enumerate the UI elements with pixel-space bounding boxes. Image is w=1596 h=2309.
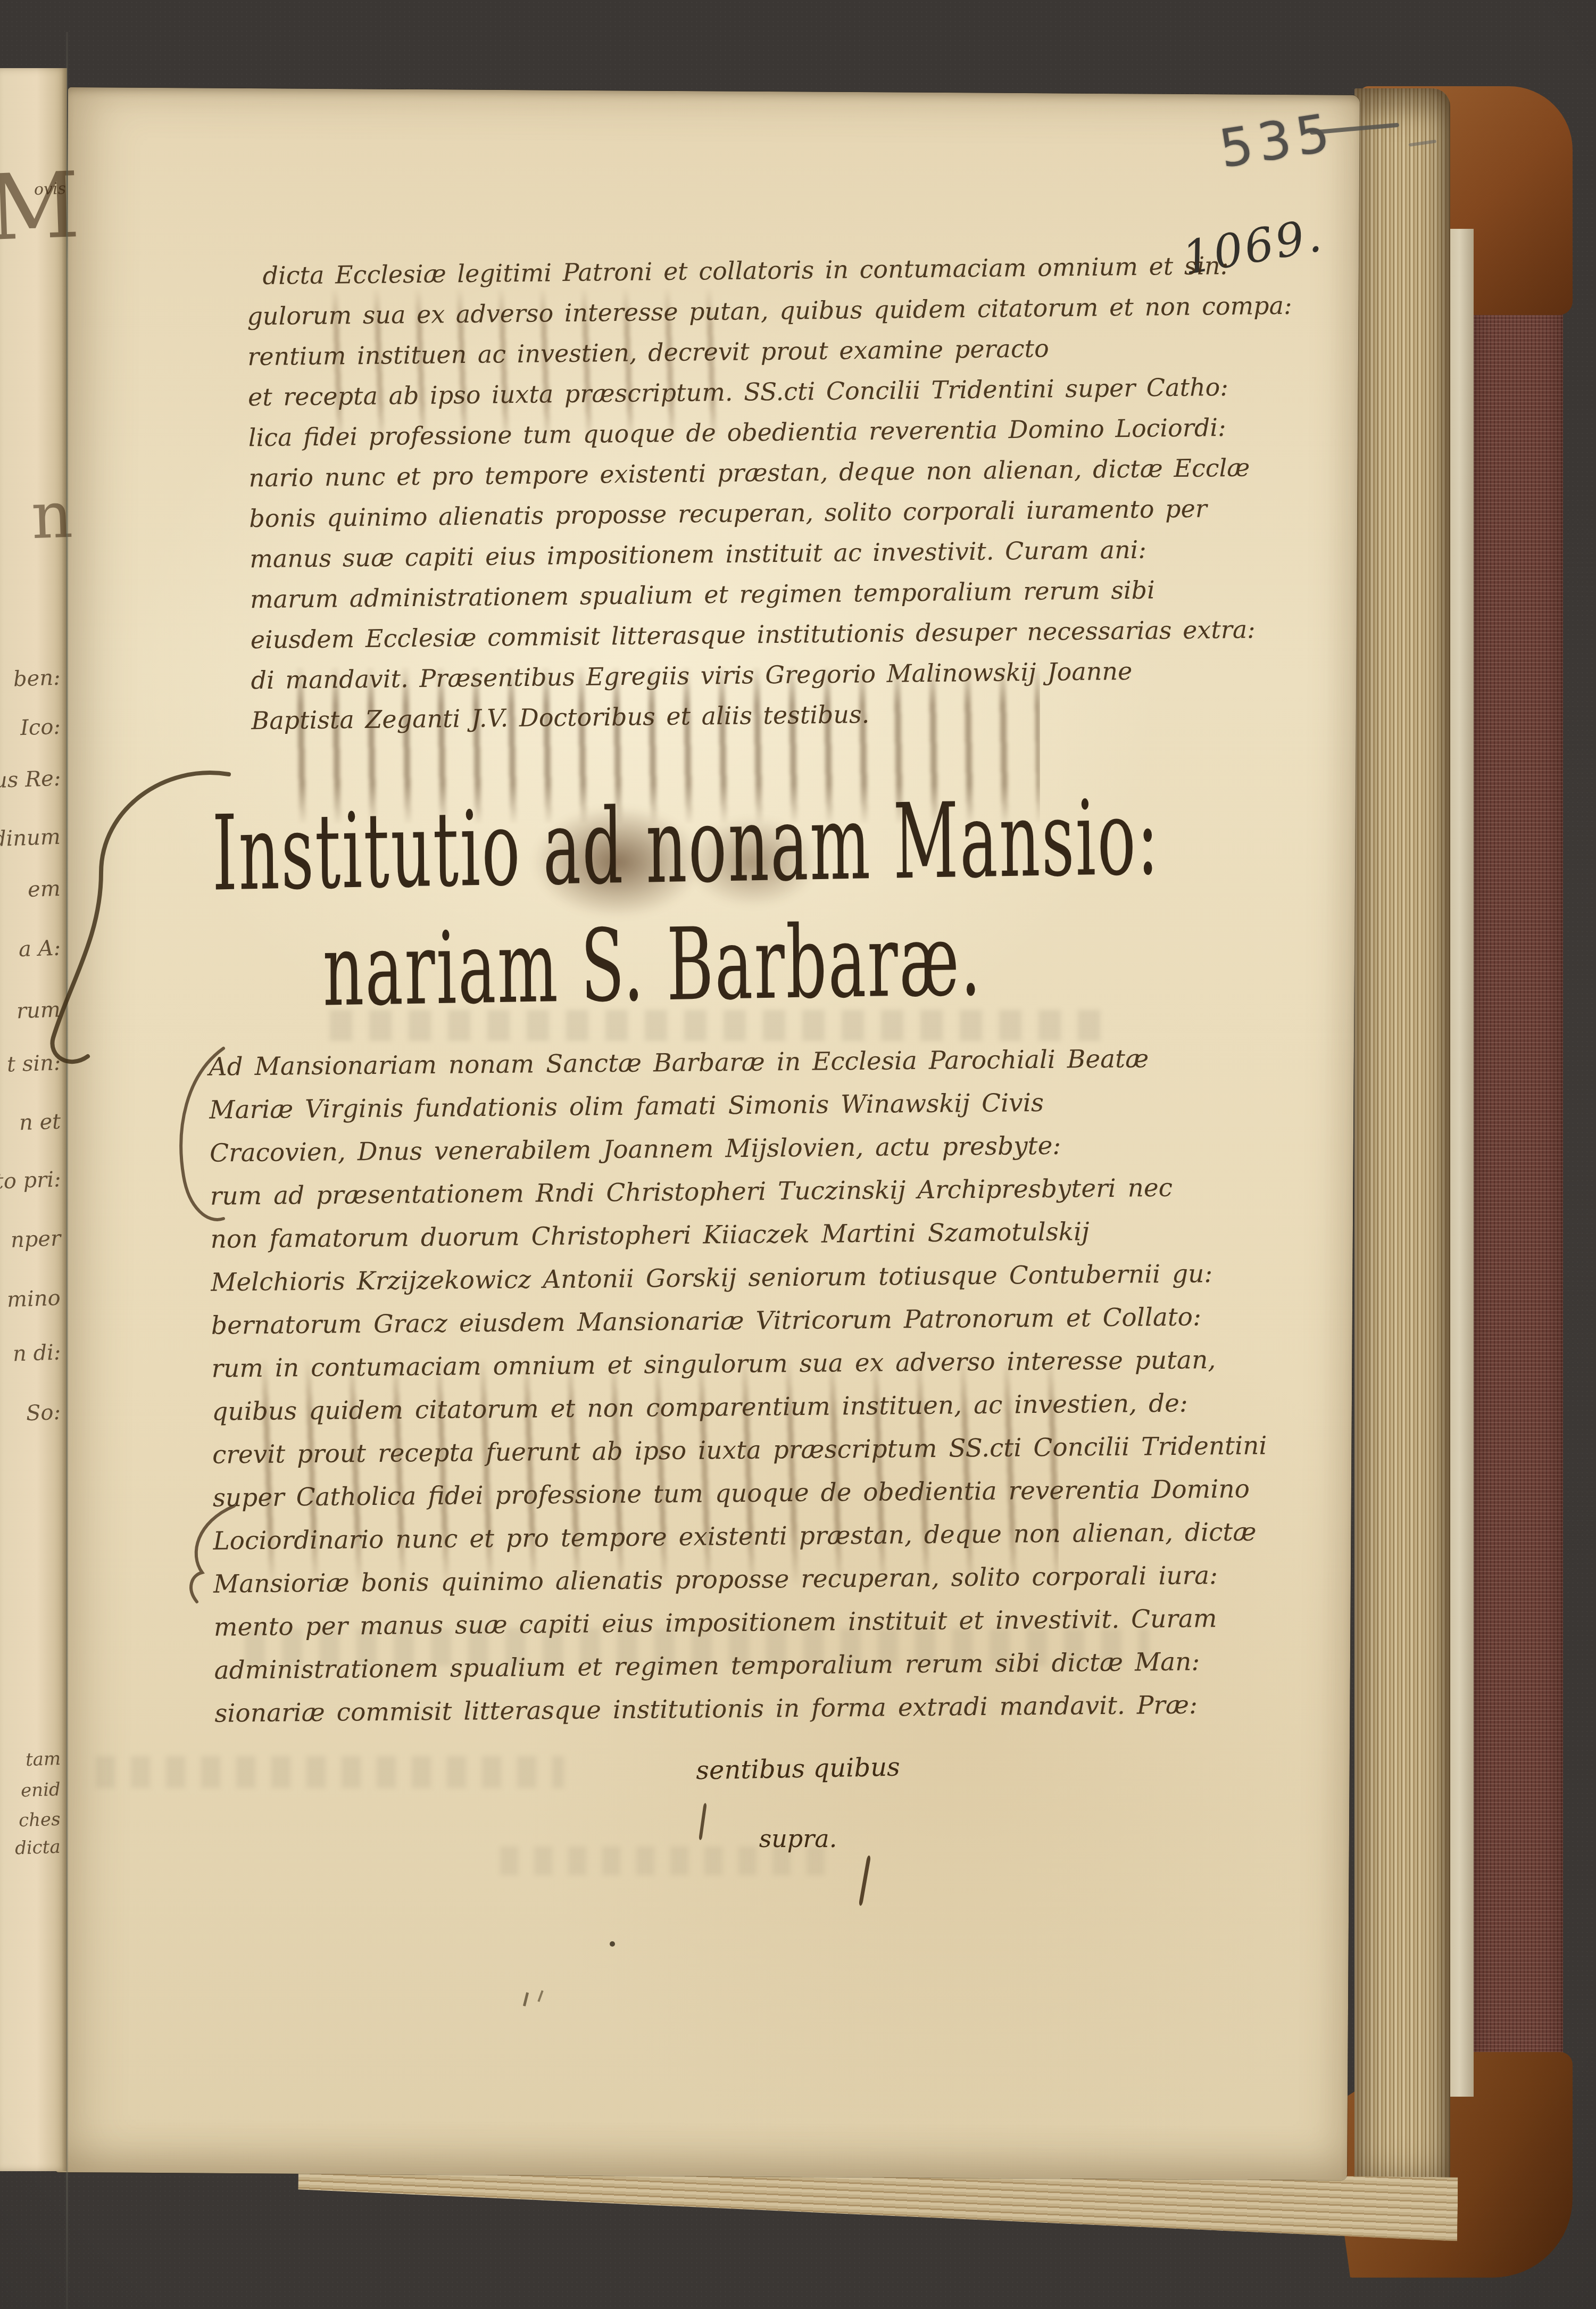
section-heading-line-2: nariam S. Barbaræ. — [322, 903, 983, 1029]
facing-page-text-fragment: ovis — [34, 179, 66, 199]
facing-page-text-fragment: mino — [7, 1286, 61, 1312]
facing-page-text-fragment: enid — [21, 1779, 61, 1802]
text-line: sionariæ commisit litterasque institutio… — [214, 1683, 1269, 1735]
facing-page-text-fragment: nper — [10, 1226, 61, 1252]
facing-page-text-fragment: ben: — [13, 665, 61, 691]
binding-inner-edge — [1448, 229, 1474, 2097]
binding-cloth — [1472, 241, 1563, 2093]
facing-page-text-fragment: Ico: — [20, 715, 61, 741]
facing-page-text-fragment: dicta — [15, 1836, 61, 1859]
facing-page-text-fragment: So: — [26, 1400, 61, 1426]
section-heading-line-1: Institutio ad nonam Mansio: — [212, 778, 1160, 914]
manuscript-scan: Movisnben:Ico:us Re:dinumema A:rumt sin:… — [0, 0, 1596, 2309]
facing-page-text-fragment: n et — [19, 1110, 61, 1136]
heading-initial-flourish — [37, 761, 239, 1080]
facing-page-text-fragment: M — [0, 153, 81, 261]
facing-page-text-fragment: tam — [25, 1748, 61, 1770]
showthrough-text-band — [96, 1756, 564, 1788]
facing-page-text-fragment: pto pri: — [0, 1167, 61, 1194]
page-fore-edge-stack — [1354, 88, 1450, 2213]
facing-page-text-fragment: ches — [19, 1809, 61, 1832]
text-block-2: Ad Mansionariam nonam Sanctæ Barbaræ in … — [209, 1036, 1269, 1735]
closing-line-2: supra. — [596, 1824, 1000, 1853]
text-block-1: dicta Ecclesiæ legitimi Patroni et colla… — [246, 245, 1296, 741]
facing-page-fragments: Movisnben:Ico:us Re:dinumema A:rumt sin:… — [0, 0, 65, 2309]
facing-page-text-fragment: n di: — [12, 1340, 61, 1366]
ink-dot — [610, 1941, 615, 1947]
glass-plate-edge — [66, 32, 68, 2309]
